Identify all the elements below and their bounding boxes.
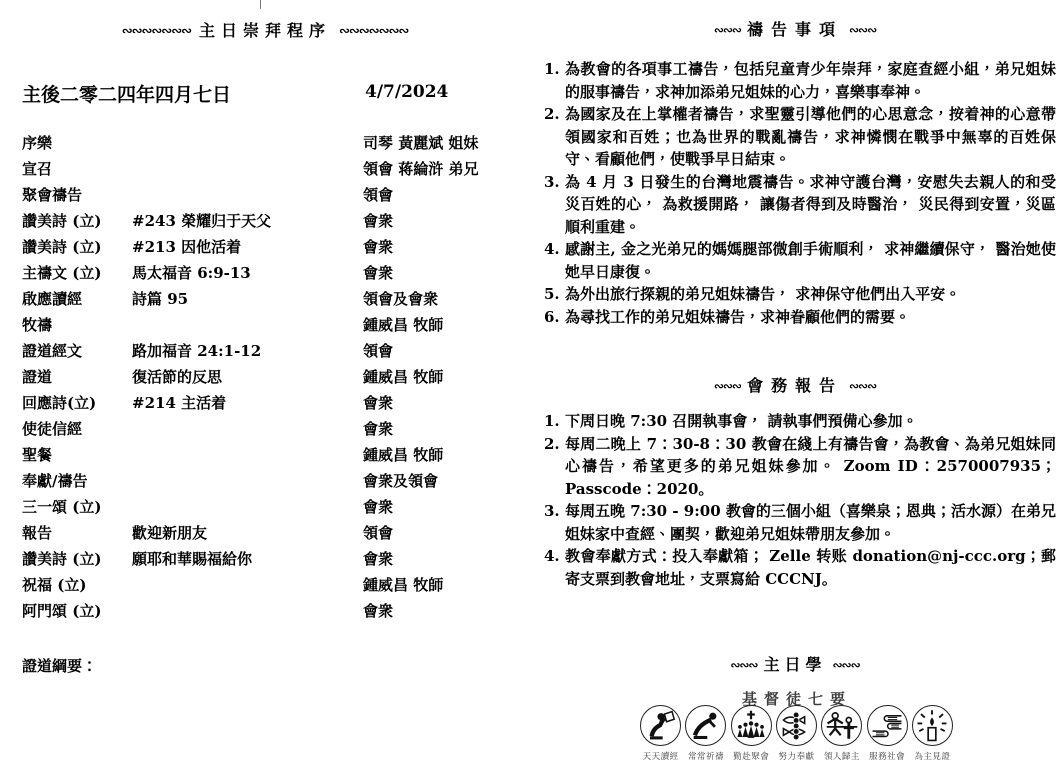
sunday-school-header: ∾∾∾主日學∾∾∾ (530, 652, 1060, 675)
church-bulletin-page: ∾∾∾∾∾∾∾主日崇拜程序∾∾∾∾∾∾∾ 主後二零二四年四月七日 4/7/202… (0, 0, 1060, 777)
program-item-leader: 會衆 (363, 600, 522, 621)
program-item-leader: 領會 (363, 340, 522, 361)
diligent-offering-icon (776, 705, 817, 746)
program-item-label: 回應詩(立) (22, 392, 132, 413)
icon-caption: 服務社會 (869, 750, 905, 762)
report-item: 3. 每周五晚 7:30 - 9:00 教會的三個小組（喜樂泉；恩典；活水源）在… (544, 500, 1056, 545)
program-item-leader: 會衆 (363, 262, 522, 283)
program-item-leader: 鍾威昌 牧師 (363, 444, 522, 465)
item-number: 1. (544, 410, 565, 433)
icon-caption: 天天讀經 (643, 750, 679, 762)
report-item-text: 下周日晚 7:30 召開執事會， 請執事們預備心參加。 (565, 410, 1056, 433)
prayer-item-text: 為尋找工作的弟兄姐妹禱告，求神眷顧他們的需要。 (565, 306, 1056, 329)
date-numeric: 4/7/2024 (365, 82, 448, 102)
program-item-label: 阿門頌 (立) (22, 600, 132, 621)
program-row: 宣召 領會 蒋綸浒 弟兄 (22, 155, 522, 181)
prayer-items-header: ∾∾∾禱告事項∾∾∾ (530, 17, 1060, 40)
program-row: 聖餐 鍾威昌 牧師 (22, 442, 522, 468)
program-item-leader: 會衆 (363, 210, 522, 231)
program-item-leader: 領會 (363, 522, 522, 543)
prayer-item: 2. 為國家及在上掌權者禱告，求聖靈引導他們的心思意念，按着神的心意帶領國家和百… (544, 103, 1056, 171)
program-row: 三一頌 (立) 會衆 (22, 494, 522, 520)
program-row: 阿門頌 (立) 會衆 (22, 598, 522, 624)
church-report-header: ∾∾∾會務報告∾∾∾ (530, 373, 1060, 396)
essential-attend-meetings: 勤赴聚會 (729, 705, 774, 762)
prayer-item: 5. 為外出旅行探親的弟兄姐妹禱告， 求神保守他們出入平安。 (544, 283, 1056, 306)
sermon-outline-label: 證道綱要： (22, 655, 97, 676)
church-report-title: 會務報告 (747, 376, 843, 395)
ornament-left-icon: ∾∾∾∾∾∾∾ (122, 24, 191, 39)
program-item-detail: #214 主活着 (132, 392, 363, 413)
program-item-detail: 復活節的反思 (132, 366, 363, 387)
sunday-school-title: 主日學 (763, 655, 826, 674)
item-number: 3. (544, 171, 565, 239)
program-item-label: 讚美詩 (立) (22, 548, 132, 569)
worship-program-header: ∾∾∾∾∾∾∾主日崇拜程序∾∾∾∾∾∾∾ (0, 18, 530, 41)
item-number: 2. (544, 103, 565, 171)
program-row: 序樂 司琴 黃麗斌 姐妹 (22, 129, 522, 155)
item-number: 5. (544, 283, 565, 306)
icon-caption: 常常祈禱 (688, 750, 724, 762)
worship-program-section: ∾∾∾∾∾∾∾主日崇拜程序∾∾∾∾∾∾∾ 主後二零二四年四月七日 4/7/202… (0, 0, 530, 777)
program-item-label: 奉獻/禱告 (22, 470, 132, 491)
report-item: 2. 每周二晚上 7：30-8：30 教會在綫上有禱告會，為教會、為弟兄姐妹同心… (544, 433, 1056, 501)
program-item-leader: 會衆 (363, 392, 522, 413)
icon-caption: 為主見證 (914, 750, 950, 762)
report-item-text: 教會奉獻方式：投入奉獻箱； Zelle 转账 donation@nj-ccc.o… (565, 545, 1056, 590)
program-item-label: 祝福 (立) (22, 574, 132, 595)
icon-caption: 努力奉獻 (779, 750, 815, 762)
essential-diligent-offering: 努力奉獻 (774, 705, 819, 762)
prayer-item: 3. 為 4 月 3 日發生的台灣地震禱告。求神守護台灣，安慰失去親人的和受災百… (544, 171, 1056, 239)
daily-bible-reading-icon (640, 705, 681, 746)
prayer-items-title: 禱告事項 (747, 20, 843, 39)
ornament-left-icon: ∾∾∾ (714, 23, 741, 37)
program-row: 奉獻/禱告 會衆及領會 (22, 468, 522, 494)
program-item-detail: 詩篇 95 (132, 288, 363, 309)
program-item-detail: #243 榮耀归于天父 (132, 210, 363, 231)
program-item-label: 讚美詩 (立) (22, 210, 132, 231)
program-item-leader: 鍾威昌 牧師 (363, 574, 522, 595)
program-item-label: 牧禱 (22, 314, 132, 335)
program-item-detail: #213 因他活着 (132, 236, 363, 257)
seven-essentials-icons: 天天讀經 常常祈禱 (638, 705, 955, 762)
program-item-detail: 馬太福音 6:9-13 (132, 262, 363, 283)
ornament-right-icon: ∾∾∾∾∾∾∾ (339, 24, 408, 39)
program-row: 啟應讀經 詩篇 95 領會及會衆 (22, 285, 522, 311)
program-item-leader: 會衆 (363, 236, 522, 257)
ornament-right-icon: ∾∾∾ (849, 23, 876, 37)
program-item-leader: 領會及會衆 (363, 288, 522, 309)
ornament-left-icon: ∾∾∾ (714, 379, 741, 393)
program-row: 讚美詩 (立) #213 因他活着 會衆 (22, 233, 522, 259)
program-item-leader: 會衆 (363, 548, 522, 569)
program-item-leader: 鍾威昌 牧師 (363, 366, 522, 387)
essential-constant-prayer: 常常祈禱 (683, 705, 728, 762)
report-item-text: 每周五晚 7:30 - 9:00 教會的三個小組（喜樂泉；恩典；活水源）在弟兄姐… (565, 500, 1056, 545)
item-number: 4. (544, 238, 565, 283)
ornament-right-icon: ∾∾∾ (849, 379, 876, 393)
prayer-item: 1. 為教會的各項事工禱告，包括兒童青少年崇拜，家庭查經小組，弟兄姐妹的服事禱告… (544, 58, 1056, 103)
program-item-leader: 會衆及領會 (363, 470, 522, 491)
essential-daily-reading: 天天讀經 (638, 705, 683, 762)
program-row: 祝福 (立) 鍾威昌 牧師 (22, 572, 522, 598)
program-item-label: 聚會禱告 (22, 184, 132, 205)
item-number: 3. (544, 500, 565, 545)
item-number: 2. (544, 433, 565, 501)
item-number: 1. (544, 58, 565, 103)
program-item-detail: 歡迎新朋友 (132, 522, 363, 543)
serve-society-icon (867, 705, 908, 746)
essential-lead-people: 領人歸主 (819, 705, 864, 762)
program-item-detail: 願耶和華賜福給你 (132, 548, 363, 569)
program-row: 使徒信經 會衆 (22, 416, 522, 442)
program-item-label: 報告 (22, 522, 132, 543)
program-row: 證道經文 路加福音 24:1-12 領會 (22, 337, 522, 363)
report-item: 1. 下周日晚 7:30 召開執事會， 請執事們預備心參加。 (544, 410, 1056, 433)
program-item-label: 三一頌 (立) (22, 496, 132, 517)
program-row: 證道 復活節的反思 鍾威昌 牧師 (22, 363, 522, 389)
announcements-section: ∾∾∾禱告事項∾∾∾ 1. 為教會的各項事工禱告，包括兒童青少年崇拜，家庭查經小… (530, 0, 1060, 777)
page-title: 主日崇拜程序 (199, 21, 331, 40)
program-row: 聚會禱告 領會 (22, 181, 522, 207)
item-number: 4. (544, 545, 565, 590)
program-item-label: 證道 (22, 366, 132, 387)
essential-witness: 為主見證 (910, 705, 955, 762)
program-row: 報告 歡迎新朋友 領會 (22, 520, 522, 546)
prayer-item-text: 感謝主, 金之光弟兄的媽媽腿部微創手術順利， 求神繼續保守， 醫治她使她早日康復… (565, 238, 1056, 283)
date-chinese: 主後二零二四年四月七日 (22, 80, 231, 107)
church-report-list: 1. 下周日晚 7:30 召開執事會， 請執事們預備心參加。 2. 每周二晚上 … (544, 410, 1056, 590)
program-item-leader: 領會 蒋綸浒 弟兄 (363, 158, 522, 179)
report-item-text: 每周二晚上 7：30-8：30 教會在綫上有禱告會，為教會、為弟兄姐妹同心禱告，… (565, 433, 1056, 501)
prayer-item: 4. 感謝主, 金之光弟兄的媽媽腿部微創手術順利， 求神繼續保守， 醫治她使她早… (544, 238, 1056, 283)
program-item-label: 使徒信經 (22, 418, 132, 439)
program-item-leader: 鍾威昌 牧師 (363, 314, 522, 335)
witness-for-christ-icon (912, 705, 953, 746)
item-number: 6. (544, 306, 565, 329)
program-item-leader: 司琴 黃麗斌 姐妹 (363, 132, 522, 153)
program-row: 回應詩(立) #214 主活着 會衆 (22, 389, 522, 415)
date-row: 主後二零二四年四月七日 4/7/2024 (22, 80, 508, 107)
program-item-label: 讚美詩 (立) (22, 236, 132, 257)
program-item-leader: 會衆 (363, 496, 522, 517)
ornament-right-icon: ∾∾∾ (833, 658, 860, 672)
ornament-left-icon: ∾∾∾ (730, 658, 757, 672)
program-row: 讚美詩 (立) 願耶和華賜福給你 會衆 (22, 546, 522, 572)
program-row: 主禱文 (立) 馬太福音 6:9-13 會衆 (22, 259, 522, 285)
essential-serve-society: 服務社會 (864, 705, 909, 762)
prayer-item-text: 為 4 月 3 日發生的台灣地震禱告。求神守護台灣，安慰失去親人的和受災百姓的心… (565, 171, 1056, 239)
program-item-detail: 路加福音 24:1-12 (132, 340, 363, 361)
program-table: 序樂 司琴 黃麗斌 姐妹 宣召 領會 蒋綸浒 弟兄 聚會禱告 領會 (22, 129, 522, 624)
program-row: 讚美詩 (立) #243 榮耀归于天父 會衆 (22, 207, 522, 233)
program-item-label: 宣召 (22, 158, 132, 179)
attend-meetings-icon (731, 705, 772, 746)
program-item-label: 啟應讀經 (22, 288, 132, 309)
prayer-item-text: 為國家及在上掌權者禱告，求聖靈引導他們的心思意念，按着神的心意帶領國家和百姓；也… (565, 103, 1056, 171)
report-item: 4. 教會奉獻方式：投入奉獻箱； Zelle 转账 donation@nj-cc… (544, 545, 1056, 590)
icon-caption: 領人歸主 (824, 750, 860, 762)
prayer-items-list: 1. 為教會的各項事工禱告，包括兒童青少年崇拜，家庭查經小組，弟兄姐妹的服事禱告… (544, 58, 1056, 329)
lead-people-to-christ-icon (821, 705, 862, 746)
program-row: 牧禱 鍾威昌 牧師 (22, 311, 522, 337)
prayer-item-text: 為外出旅行探親的弟兄姐妹禱告， 求神保守他們出入平安。 (565, 283, 1056, 306)
prayer-item-text: 為教會的各項事工禱告，包括兒童青少年崇拜，家庭查經小組，弟兄姐妹的服事禱告，求神… (565, 58, 1056, 103)
program-item-leader: 領會 (363, 184, 522, 205)
program-item-label: 序樂 (22, 132, 132, 153)
program-item-label: 證道經文 (22, 340, 132, 361)
program-item-label: 聖餐 (22, 444, 132, 465)
program-item-leader: 會衆 (363, 418, 522, 439)
icon-caption: 勤赴聚會 (733, 750, 769, 762)
prayer-item: 6. 為尋找工作的弟兄姐妹禱告，求神眷顧他們的需要。 (544, 306, 1056, 329)
program-item-label: 主禱文 (立) (22, 262, 132, 283)
constant-prayer-icon (685, 705, 726, 746)
